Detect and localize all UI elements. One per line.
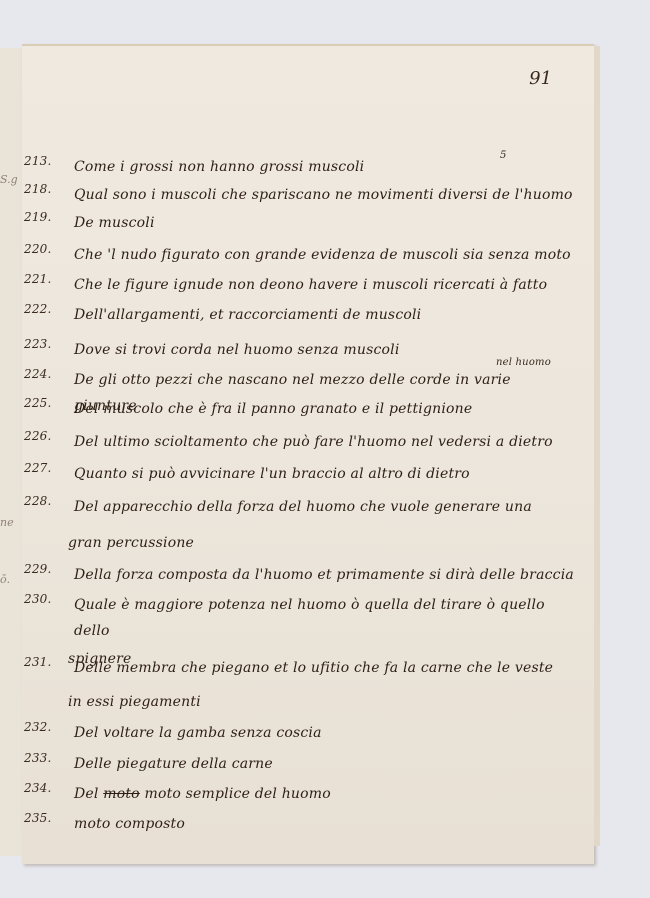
- entry-text-prefix: Del: [74, 786, 103, 802]
- adjacent-page-edge: S.g ne ō.: [0, 48, 24, 856]
- entry-text: Delle piegature della carne: [74, 751, 574, 777]
- manuscript-page: 91 213. Come i grossi non hanno grossi m…: [22, 44, 594, 864]
- entry-text: Del moto moto semplice del huomo: [74, 781, 574, 807]
- entry-text: Della forza composta da l'huomo et prima…: [74, 562, 574, 588]
- entry-text-line: Quale è maggiore potenza nel huomo ò que…: [74, 597, 545, 639]
- margin-fragment: ō.: [0, 573, 10, 586]
- entry-text: Come i grossi non hanno grossi muscoli: [74, 154, 574, 180]
- entry-number: 233.: [24, 751, 68, 765]
- entry-number: 219.: [24, 210, 68, 224]
- entry-number: 229.: [24, 562, 68, 576]
- entry-number: 218.: [24, 182, 68, 196]
- struck-word: moto: [103, 786, 140, 802]
- entry-text: Dell'allargamenti, et raccorciamenti de …: [74, 302, 574, 328]
- entry-number: 234.: [24, 781, 68, 795]
- entry-number: 222.: [24, 302, 68, 316]
- entry-text: Che le figure ignude non deono havere i …: [74, 272, 574, 298]
- interlinear-insertion: nel huomo: [496, 357, 551, 368]
- entry-text: Qual sono i muscoli che spariscano ne mo…: [74, 182, 574, 208]
- entry-text-line: Delle membra che piegano et lo ufitio ch…: [74, 660, 553, 676]
- entry-text: Del muscolo che è fra il panno granato e…: [74, 396, 574, 422]
- entry-superscript: 5: [500, 150, 507, 161]
- entry-number: 224.: [24, 367, 68, 381]
- entry-number: 235.: [24, 811, 68, 825]
- entry-number: 226.: [24, 429, 68, 443]
- entry-number: 228.: [24, 494, 68, 508]
- folio-number: 91: [529, 68, 552, 89]
- margin-fragment: S.g: [0, 173, 18, 186]
- entry-continuation: in essi piegamenti: [68, 689, 574, 715]
- entry-number: 220.: [24, 242, 68, 256]
- entry-text: De muscoli: [74, 210, 574, 236]
- entry-text: Del voltare la gamba senza coscia: [74, 720, 574, 746]
- entry-continuation: gran percussione: [68, 530, 574, 556]
- entry-number: 227.: [24, 461, 68, 475]
- entry-text: Delle membra che piegano et lo ufitio ch…: [74, 655, 574, 715]
- entry-number: 225.: [24, 396, 68, 410]
- entry-number: 230.: [24, 592, 68, 606]
- entry-number: 231.: [24, 655, 68, 669]
- entry-text: Quanto si può avvicinare l'un braccio al…: [74, 461, 574, 487]
- entry-text: Del apparecchio della forza del huomo ch…: [74, 494, 574, 556]
- entry-number: 232.: [24, 720, 68, 734]
- entry-text: moto composto: [74, 811, 574, 837]
- entry-text: Che 'l nudo figurato con grande evidenza…: [74, 242, 574, 268]
- entry-number: 221.: [24, 272, 68, 286]
- entry-number: 223.: [24, 337, 68, 351]
- entry-text-line: Del apparecchio della forza del huomo ch…: [74, 499, 532, 515]
- entry-number: 213.: [24, 154, 68, 168]
- entry-text-line: moto semplice del huomo: [144, 786, 330, 802]
- entry-text: Del ultimo scioltamento che può fare l'h…: [74, 429, 574, 455]
- margin-fragment: ne: [0, 516, 14, 529]
